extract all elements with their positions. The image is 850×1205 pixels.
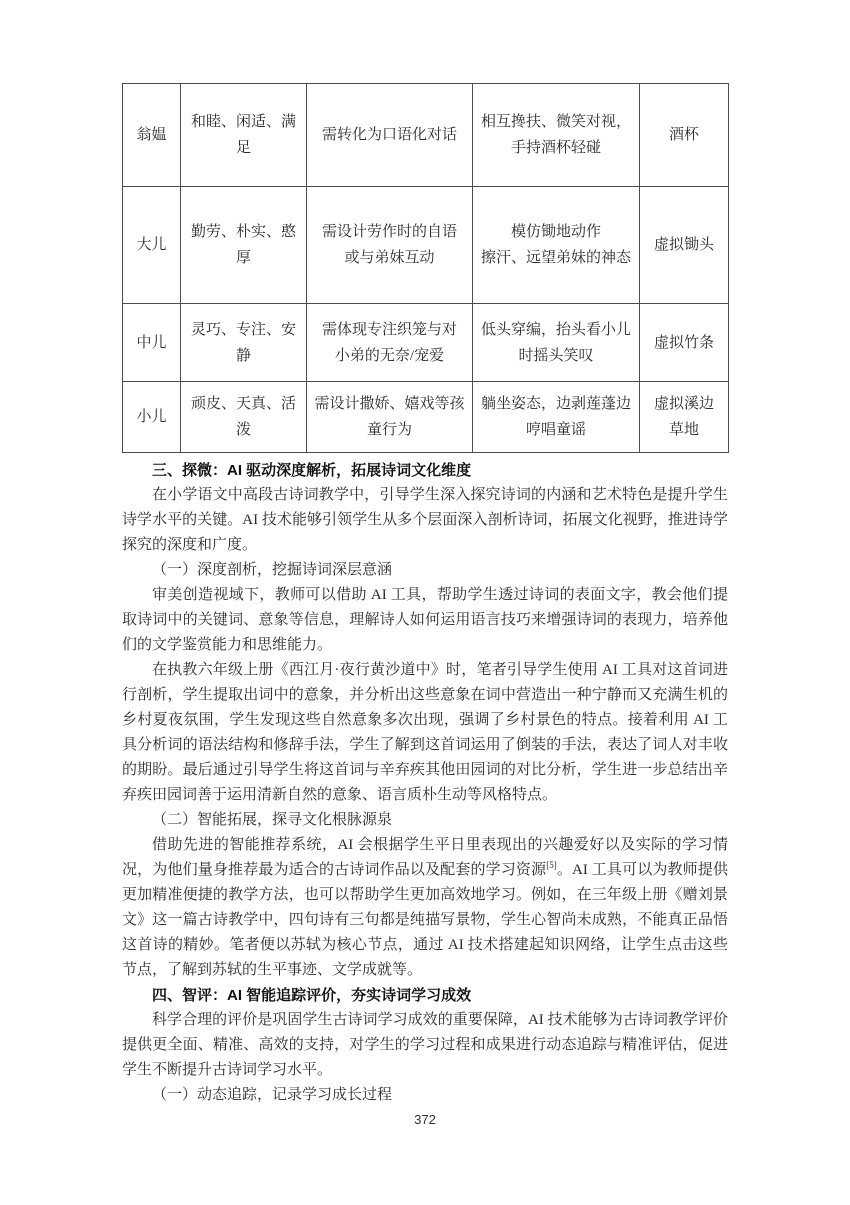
cell-design: 需体现专注织笼与对 小弟的无奈/宠爱 <box>307 304 473 382</box>
cell-traits: 和睦、闲适、满 足 <box>181 84 307 187</box>
section-heading-4: 四、智评：AI 智能追踪评价，夯实诗词学习成效 <box>122 983 728 1008</box>
cell-design: 需设计撒娇、嬉戏等孩 童行为 <box>307 382 473 453</box>
citation-ref: [5] <box>546 860 557 870</box>
paragraph: 审美创造视域下，教师可以借助 AI 工具，帮助学生透过诗词的表面文字，教会他们提… <box>122 583 728 658</box>
cell-performance: 相互搀扶、微笑对视， 手持酒杯轻碰 <box>473 84 640 187</box>
cell-traits: 勤劳、朴实、憨 厚 <box>181 187 307 304</box>
paragraph-text: 。AI 工具可以为教师提供更加精准便捷的教学方法，也可以帮助学生更加高效地学习。… <box>122 862 728 978</box>
cell-prop: 虚拟溪边 草地 <box>640 382 729 453</box>
cell-role: 中儿 <box>123 304 181 382</box>
table-row-zhonger: 中儿 灵巧、专注、安 静 需体现专注织笼与对 小弟的无奈/宠爱 低头穿编，抬头看… <box>123 304 729 382</box>
table-row-wengao: 翁媪 和睦、闲适、满 足 需转化为口语化对话 相互搀扶、微笑对视， 手持酒杯轻碰… <box>123 84 729 187</box>
section-heading-3: 三、探微：AI 驱动深度解析，拓展诗词文化维度 <box>122 458 728 483</box>
cell-design: 需转化为口语化对话 <box>307 84 473 187</box>
subheading-4-1: （一）动态追踪，记录学习成长过程 <box>122 1083 728 1108</box>
cell-performance: 模仿锄地动作 擦汗、远望弟妹的神态 <box>473 187 640 304</box>
subheading-3-1: （一）深度剖析，挖掘诗词深层意涵 <box>122 558 728 583</box>
cell-traits: 灵巧、专注、安 静 <box>181 304 307 382</box>
paragraph-with-citation: 借助先进的智能推荐系统，AI 会根据学生平日里表现出的兴趣爱好以及实际的学习情况… <box>122 833 728 983</box>
subheading-3-2: （二）智能拓展，探寻文化根脉源泉 <box>122 808 728 833</box>
paragraph: 科学合理的评价是巩固学生古诗词学习成效的重要保障，AI 技术能够为古诗词教学评价… <box>122 1008 728 1083</box>
cell-prop: 酒杯 <box>640 84 729 187</box>
document-page: 翁媪 和睦、闲适、满 足 需转化为口语化对话 相互搀扶、微笑对视， 手持酒杯轻碰… <box>0 0 850 1205</box>
cell-role: 小儿 <box>123 382 181 453</box>
cell-role: 大儿 <box>123 187 181 304</box>
cell-traits: 顽皮、天真、活 泼 <box>181 382 307 453</box>
page-content: 翁媪 和睦、闲适、满 足 需转化为口语化对话 相互搀扶、微笑对视， 手持酒杯轻碰… <box>122 83 728 1108</box>
role-design-table: 翁媪 和睦、闲适、满 足 需转化为口语化对话 相互搀扶、微笑对视， 手持酒杯轻碰… <box>122 83 729 453</box>
cell-design: 需设计劳作时的自语 或与弟妹互动 <box>307 187 473 304</box>
cell-role: 翁媪 <box>123 84 181 187</box>
page-number: 372 <box>0 1112 850 1127</box>
paragraph: 在执教六年级上册《西江月·夜行黄沙道中》时，笔者引导学生使用 AI 工具对这首词… <box>122 658 728 808</box>
cell-prop: 虚拟竹条 <box>640 304 729 382</box>
cell-performance: 躺坐姿态，边剥莲蓬边 哼唱童谣 <box>473 382 640 453</box>
table-row-daer: 大儿 勤劳、朴实、憨 厚 需设计劳作时的自语 或与弟妹互动 模仿锄地动作 擦汗、… <box>123 187 729 304</box>
paragraph: 在小学语文中高段古诗词教学中，引导学生深入探究诗词的内涵和艺术特色是提升学生诗学… <box>122 483 728 558</box>
table-row-xiaoer: 小儿 顽皮、天真、活 泼 需设计撒娇、嬉戏等孩 童行为 躺坐姿态，边剥莲蓬边 哼… <box>123 382 729 453</box>
cell-performance: 低头穿编，抬头看小儿 时摇头笑叹 <box>473 304 640 382</box>
cell-prop: 虚拟锄头 <box>640 187 729 304</box>
